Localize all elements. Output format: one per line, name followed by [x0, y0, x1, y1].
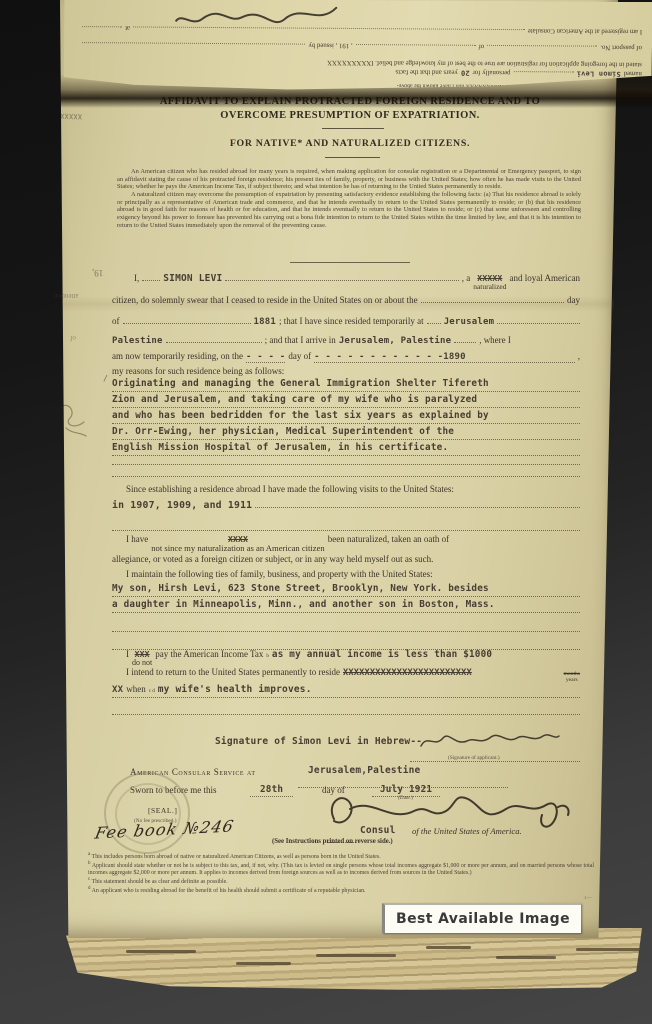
best-available-image-text: Best Available Image — [396, 911, 570, 927]
visits-value: in 1907, 1909, and 1911 — [112, 500, 252, 511]
document-subtitle: FOR NATIVE* AND NATURALIZED CITIZENS. — [110, 138, 590, 149]
dotted-line — [82, 26, 122, 34]
margin-mark-19: 19, — [92, 268, 103, 278]
flipped-stated-line: stated in the foregoing application for … — [327, 59, 642, 68]
footnote: b Applicant should state whether or not … — [88, 861, 594, 877]
dotted-line — [497, 314, 580, 324]
intend-label: I intend to return to the United States … — [126, 667, 340, 677]
form-of-label: of — [112, 316, 120, 326]
dotted-rule — [112, 705, 580, 715]
residence-place-value: Jerusalem — [444, 317, 495, 327]
dotted-line — [454, 333, 476, 343]
hebrew-signature — [415, 728, 565, 754]
consul-title-value: Consul — [360, 825, 396, 836]
archival-photo-scene: AFFIDAVIT TO EXPLAIN PROTRACTED FOREIGN … — [0, 0, 652, 1024]
page-edge-slit — [496, 956, 556, 959]
flipped-years-rest: years and that the facts — [395, 68, 457, 75]
margin-mark-of: of — [70, 334, 76, 342]
allegiance-label: allegiance, or voted as a foreign citize… — [112, 554, 580, 564]
flipped-page-content: I hereby solemnly swear that I am a XXXX… — [64, 0, 652, 92]
dotted-line — [166, 333, 262, 343]
flipped-named-value: Simon Levi — [576, 70, 620, 78]
visits-label: Since establishing a residence abroad I … — [112, 484, 580, 494]
form-i-label: I, — [134, 273, 139, 283]
dotted-line — [82, 42, 305, 52]
subtitle-rule — [325, 157, 380, 158]
preamble-paragraph-1: An American citizen who has resided abro… — [117, 168, 581, 191]
preamble-rule — [290, 262, 410, 263]
ties-label: I maintain the following ties of family,… — [112, 569, 580, 579]
signature-label: Signature of Simon Levi in Hebrew-- — [215, 736, 422, 747]
dotted-line — [421, 293, 564, 303]
form-where-label: , where I — [479, 335, 511, 345]
flipped-passport-rest: , 191 , issued by — [308, 42, 352, 49]
footnote-marker: d — [88, 886, 91, 891]
flipped-registered-at: at — [125, 24, 130, 31]
tax-label: pay the American Income Tax — [155, 649, 263, 659]
footnote-text: This statement should be as clear and de… — [92, 879, 228, 885]
not-since-field: XXXX not since my naturalization as an A… — [151, 536, 324, 553]
dotted-line — [356, 44, 476, 53]
tax-i-label: I — [126, 649, 129, 659]
intend-crossed-out: XXXXXXXXXXXXXXXXXXXXXXXX — [343, 668, 561, 678]
margin-mark-xxxxx: XXXXX — [60, 112, 82, 121]
dotted-line — [513, 71, 573, 79]
consular-place-value: Jerusalem,Palestine — [308, 765, 420, 776]
seal-label: [SEAL.] — [148, 806, 177, 815]
dotted-rule — [112, 467, 580, 477]
applicant-name-value: SIMON LEVI — [163, 273, 222, 284]
sworn-day-value: 28th — [250, 784, 293, 797]
flipped-previous-page: I hereby solemnly swear that I am a XXXX… — [64, 0, 652, 92]
flipped-registered-line: I am registered at the American Consulat… — [528, 27, 642, 35]
preamble-paragraph-2: A naturalized citizen may overcome the p… — [117, 191, 581, 229]
title-rule — [322, 128, 384, 129]
page-edge-slit — [576, 948, 646, 951]
reasons-label: my reasons for such residence being as f… — [112, 366, 284, 376]
footnote-text: An applicant who is residing abroad for … — [92, 888, 366, 894]
footnote-text: Applicant should state whether or not he… — [88, 863, 594, 876]
page-edge-slit — [126, 950, 196, 953]
footnote: c This statement should be as clear and … — [88, 877, 594, 886]
signature-caption: (Signature of applicant.) — [448, 755, 500, 761]
flipped-named-label: named — [624, 70, 642, 77]
document-title-line2: OVERCOME PRESUMPTION OF EXPATRIATION. — [110, 110, 590, 121]
citizen-type-field: XXXXX naturalized — [473, 275, 506, 291]
year-dashes-value: - - - - - - - - - - - -1890 — [314, 352, 575, 363]
page-edge-slit — [316, 954, 396, 957]
reasons-line: Originating and managing the General Imm… — [112, 378, 489, 389]
form-loyal-label: and loyal American — [510, 273, 580, 283]
dotted-line — [487, 45, 597, 54]
form-dayof-label: day of — [288, 351, 311, 361]
best-available-image-label: Best Available Image — [382, 903, 581, 933]
page-edge-slit — [426, 946, 471, 949]
when-xx-mark: XX — [112, 685, 123, 695]
dotted-line — [427, 314, 441, 324]
dotted-rule — [112, 455, 580, 465]
have-label: I have — [126, 534, 148, 544]
do-not-field: XXX do not — [132, 651, 152, 667]
pencil-scribble — [56, 398, 90, 438]
dotted-line — [142, 271, 160, 281]
consul-of-label: of the United States of America. — [412, 826, 522, 836]
form-since-label: ; that I have since resided temporarily … — [279, 316, 424, 326]
tax-value: as my annual income is less than $1000 — [272, 649, 492, 660]
form-arrive-label: ; and that I arrive in — [265, 335, 336, 345]
year-ceased-value: 1881 — [254, 317, 276, 327]
form-number: 1— — [584, 896, 592, 901]
dotted-line — [123, 314, 251, 324]
footnotes: a This includes persons born abroad of n… — [88, 852, 594, 895]
dotted-rule — [112, 622, 580, 632]
form-a-label: , a — [462, 273, 471, 283]
form-comma: , — [578, 351, 580, 361]
page-edge-slit — [236, 962, 291, 965]
dotted-rule — [112, 521, 580, 531]
residence-place2-value: Palestine — [112, 336, 163, 346]
reasons-line: English Mission Hospital of Jerusalem, i… — [112, 442, 448, 453]
years-label: years — [566, 678, 578, 684]
dotted-line — [133, 26, 525, 37]
flipped-personally-label: personally for — [473, 69, 511, 76]
form-ceased-label: citizen, do solemnly swear that I ceased… — [112, 295, 418, 305]
ties-value-line2: a daughter in Minneapolis, Minn., and an… — [112, 599, 495, 610]
flipped-passport-of: of — [479, 43, 485, 50]
flipped-passport-label: of passport No. — [600, 44, 642, 51]
reasons-line: Zion and Jerusalem, and taking care of m… — [112, 394, 477, 405]
footnote-marker: c — [88, 877, 90, 882]
form-residing-label: am now temporarily residing, on the — [112, 351, 243, 361]
naturalized-label: naturalized — [473, 283, 506, 291]
reasons-block: Originating and managing the General Imm… — [112, 378, 580, 456]
reasons-line: Dr. Orr-Ewing, her physician, Medical Su… — [112, 426, 454, 437]
months-years-field: months years — [564, 672, 580, 683]
when-footnote-markers: c d — [149, 689, 155, 694]
flipped-page-signature — [172, 1, 342, 28]
been-naturalized-label: been naturalized, taken an oath of — [328, 534, 449, 544]
ties-value-line1: My son, Hirsh Levi, 623 Stone Street, Br… — [112, 583, 489, 594]
arrival-place-value: Jerusalem, Palestine — [339, 336, 451, 346]
dotted-line — [255, 498, 580, 508]
footnote-marker: b — [88, 861, 91, 866]
footnote: d An applicant who is residing abroad fo… — [88, 886, 594, 895]
footnote-text: This includes persons born abroad of nat… — [92, 854, 381, 860]
reasons-line: and who has been bedridden for the last … — [112, 410, 489, 421]
tax-footnote-marker: b — [266, 654, 269, 659]
when-label: when — [126, 684, 146, 694]
day-dashes-value: - - - - — [246, 352, 285, 363]
form-day-label: day — [567, 295, 580, 305]
footnote-marker: a — [88, 852, 90, 857]
preamble: An American citizen who has resided abro… — [117, 168, 581, 230]
not-since-label: not since my naturalization as an Americ… — [151, 544, 324, 553]
instructions-note: (See Instructions printed on reverse sid… — [272, 838, 393, 845]
flipped-years-value: 20 — [461, 69, 470, 77]
margin-mark-slash: / — [103, 374, 108, 383]
dotted-line — [225, 271, 458, 281]
footnote: a This includes persons born abroad of n… — [88, 852, 594, 861]
margin-mark-attention: attention — [54, 292, 79, 300]
when-value: my wife's health improves. — [158, 684, 312, 695]
do-not-label: do not — [132, 659, 152, 667]
